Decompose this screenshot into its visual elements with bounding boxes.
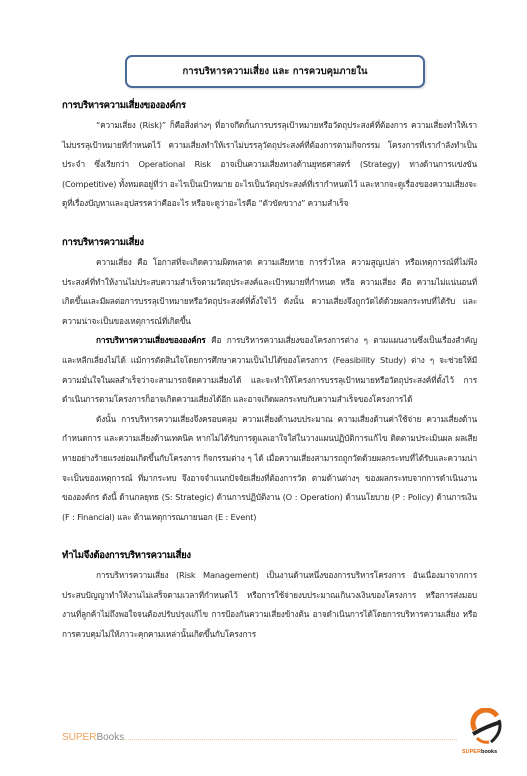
- paragraph-risk-definition: “ความเสี่ยง (Risk)” ก็คือสิ่งต่างๆ ที่อา…: [62, 116, 477, 214]
- paragraph-why-risk: การบริหารความเสี่ยง (Risk Management) เป…: [62, 566, 477, 644]
- paragraph-risk-meaning: ความเสี่ยง คือ โอกาสที่จะเกิดความผิดพลาด…: [62, 253, 477, 331]
- section-heading-risk-management: การบริหารความเสี่ยง: [62, 233, 477, 253]
- brand-books: Books: [96, 732, 124, 743]
- logo-super: SUPER: [462, 749, 481, 755]
- page-title: การบริหารความเสี่ยง และ การควบคุมภายใน: [182, 64, 367, 79]
- footer-divider: [124, 739, 457, 740]
- brand-super: SUPER: [62, 732, 96, 743]
- document-body: การบริหารความเสี่ยงขององค์กร “ความเสี่ยง…: [62, 96, 477, 645]
- logo-books: books: [481, 749, 497, 755]
- section-heading-why-risk-management: ทำไมจึงต้องการบริหารความเสี่ยง: [62, 546, 477, 566]
- footer-brand: SUPERBooks: [62, 732, 124, 743]
- logo-wordmark: SUPERbooks: [462, 749, 497, 755]
- bold-lead-term: การบริหารความเสี่ยงขององค์กร: [96, 335, 206, 345]
- paragraph-org-risk-management: การบริหารความเสี่ยงขององค์กร คือ การบริห…: [62, 331, 477, 409]
- superbooks-logo-icon: [467, 708, 507, 748]
- paragraph-text: คือ การบริหารความเสี่ยงของโครงการต่าง ๆ …: [62, 335, 477, 404]
- section-heading-org-risk: การบริหารความเสี่ยงขององค์กร: [62, 96, 477, 116]
- page-title-box: การบริหารความเสี่ยง และ การควบคุมภายใน: [125, 55, 425, 88]
- page-footer: SUPERBooks SUPERbooks: [62, 730, 507, 754]
- paragraph-risk-coverage: ดังนั้น การบริหารความเสี่ยงจึงครอบคลุม ค…: [62, 410, 477, 528]
